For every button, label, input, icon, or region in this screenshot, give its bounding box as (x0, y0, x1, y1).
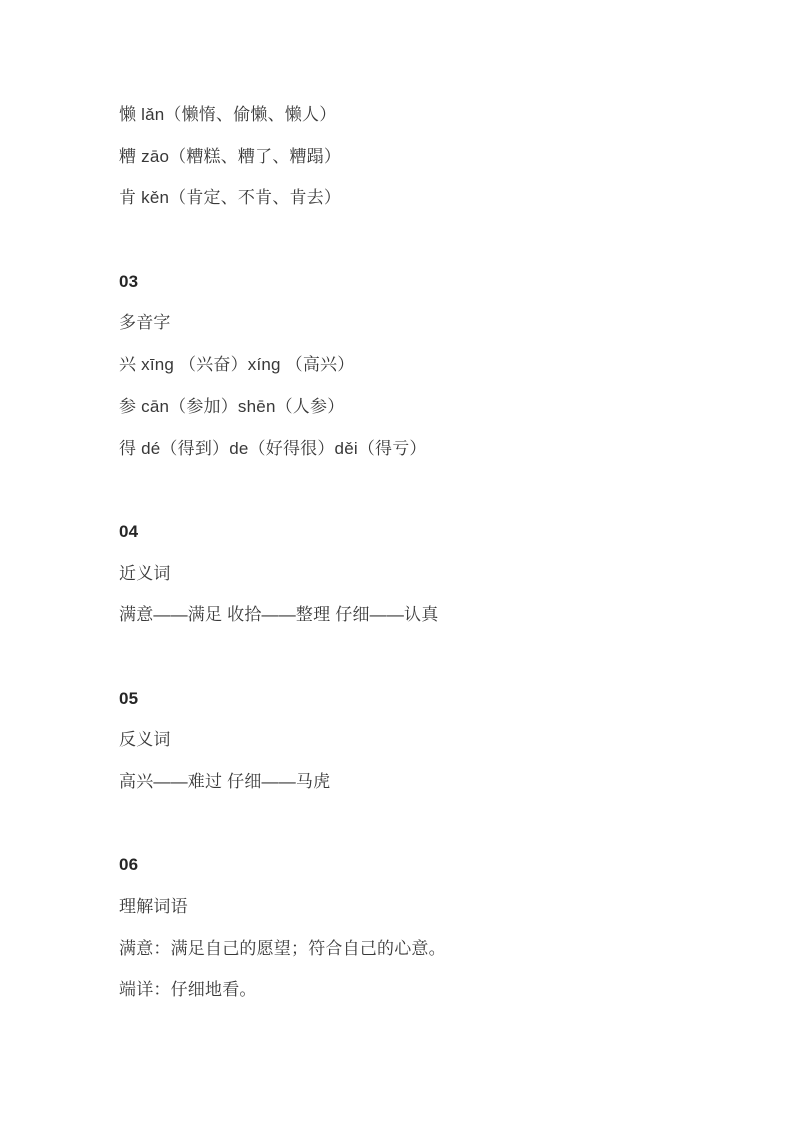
section-number: 05 (119, 678, 733, 720)
word-entry: 得 dé（得到）de（好得很）děi（得亏） (119, 428, 733, 470)
section-heading: 理解词语 (119, 886, 733, 928)
word-entry: 端详：仔细地看。 (119, 969, 733, 1011)
section-04-synonyms: 04 近义词 满意——满足 收拾——整理 仔细——认真 (119, 511, 733, 636)
section-number: 04 (119, 511, 733, 553)
section-05-antonyms: 05 反义词 高兴——难过 仔细——马虎 (119, 678, 733, 803)
section-heading: 反义词 (119, 719, 733, 761)
section-heading: 近义词 (119, 553, 733, 595)
word-entry: 兴 xīng （兴奋）xíng （高兴） (119, 344, 733, 386)
document-content: 懒 lǎn（懒惰、偷懒、懒人） 糟 zāo（糟糕、糟了、糟蹋） 肯 kěn（肯定… (0, 0, 793, 1011)
word-entry: 满意——满足 收拾——整理 仔细——认真 (119, 594, 733, 636)
section-gap (119, 219, 733, 261)
document-page: 懒 lǎn（懒惰、偷懒、懒人） 糟 zāo（糟糕、糟了、糟蹋） 肯 kěn（肯定… (0, 0, 793, 1122)
section-gap (119, 803, 733, 845)
section-number: 06 (119, 844, 733, 886)
word-entry: 糟 zāo（糟糕、糟了、糟蹋） (119, 136, 733, 178)
section-gap (119, 469, 733, 511)
word-entry: 肯 kěn（肯定、不肯、肯去） (119, 177, 733, 219)
section-06-word-definitions: 06 理解词语 满意：满足自己的愿望；符合自己的心意。 端详：仔细地看。 (119, 844, 733, 1011)
section-03-polyphonic-characters: 03 多音字 兴 xīng （兴奋）xíng （高兴） 参 cān（参加）shē… (119, 261, 733, 469)
word-entry: 高兴——难过 仔细——马虎 (119, 761, 733, 803)
word-entry: 懒 lǎn（懒惰、偷懒、懒人） (119, 94, 733, 136)
section-number: 03 (119, 261, 733, 303)
section-heading: 多音字 (119, 302, 733, 344)
word-entry: 满意：满足自己的愿望；符合自己的心意。 (119, 928, 733, 970)
word-entry: 参 cān（参加）shēn（人参） (119, 386, 733, 428)
section-words-continued: 懒 lǎn（懒惰、偷懒、懒人） 糟 zāo（糟糕、糟了、糟蹋） 肯 kěn（肯定… (119, 94, 733, 219)
section-gap (119, 636, 733, 678)
